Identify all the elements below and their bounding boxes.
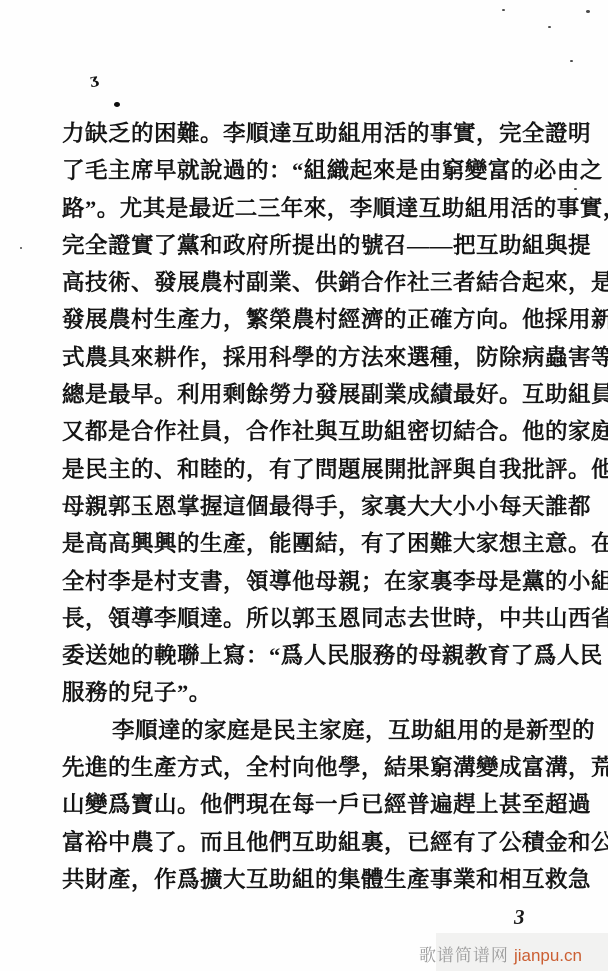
text-line-paragraph-end: 服務的兒子”。 bbox=[62, 674, 549, 711]
text-line: 路”。尤其是最近二三年來，李順達互助組用活的事實， bbox=[62, 190, 549, 227]
text-line: 力缺乏的困難。李順達互助組用活的事實，完全證明 bbox=[62, 115, 549, 152]
scanned-book-page: ʒ 力缺乏的困難。李順達互助組用活的事實，完全證明 了毛主席早就說過的：“組織起… bbox=[0, 0, 608, 971]
page-number: 3 bbox=[514, 905, 525, 930]
scan-speck bbox=[570, 60, 573, 62]
watermark: 歌谱简谱网jianpu.cn bbox=[419, 941, 582, 966]
scan-speck bbox=[574, 188, 577, 190]
text-line: 又都是合作社員，合作社與互助組密切結合。他的家庭 bbox=[62, 413, 549, 450]
text-line: 富裕中農了。而且他們互助組裏，已經有了公積金和公 bbox=[62, 824, 549, 861]
text-line: 委送她的輓聯上寫：“爲人民服務的母親教育了爲人民 bbox=[62, 637, 549, 674]
text-line: 發展農村生產力，繁榮農村經濟的正確方向。他採用新 bbox=[62, 301, 549, 338]
scan-speck bbox=[20, 247, 22, 249]
ink-dot-artifact bbox=[114, 102, 120, 107]
text-line: 了毛主席早就說過的：“組織起來是由窮變富的必由之 bbox=[62, 152, 549, 189]
text-line: 高技術、發展農村副業、供銷合作社三者結合起來，是 bbox=[62, 264, 549, 301]
text-line: 式農具來耕作，採用科學的方法來選種，防除病蟲害等 bbox=[62, 339, 549, 376]
scan-speck bbox=[586, 10, 590, 13]
text-line: 是高高興興的生產，能團結，有了困難大家想主意。在 bbox=[62, 525, 549, 562]
text-line: 山變爲寶山。他們現在每一戶已經普遍趕上甚至超過 bbox=[62, 786, 549, 823]
text-line: 是民主的、和睦的，有了問題展開批評與自我批評。他 bbox=[62, 451, 549, 488]
body-text: 力缺乏的困難。李順達互助組用活的事實，完全證明 了毛主席早就說過的：“組織起來是… bbox=[62, 115, 549, 898]
text-line: 共財產，作爲擴大互助組的集體生產事業和相互救急 bbox=[62, 861, 549, 898]
scan-speck bbox=[502, 9, 505, 11]
scan-speck bbox=[548, 26, 551, 28]
ink-blot-artifact: ʒ bbox=[89, 72, 99, 89]
watermark-site-name: 歌谱简谱网 bbox=[419, 946, 509, 965]
text-line: 全村李是村支書，領導他母親；在家裏李母是黨的小組 bbox=[62, 563, 549, 600]
text-line: 先進的生產方式，全村向他學，結果窮溝變成富溝，荒 bbox=[62, 749, 549, 786]
text-line-paragraph-start: 李順達的家庭是民主家庭，互助組用的是新型的 bbox=[62, 712, 549, 749]
text-line: 完全證實了黨和政府所提出的號召——把互助組與提 bbox=[62, 227, 549, 264]
text-line: 總是最早。利用剩餘勞力發展副業成績最好。互助組員 bbox=[62, 376, 549, 413]
text-line: 母親郭玉恩掌握這個最得手，家裏大大小小每天誰都 bbox=[62, 488, 549, 525]
watermark-site-url: jianpu.cn bbox=[514, 946, 582, 965]
text-line: 長，領導李順達。所以郭玉恩同志去世時，中共山西省 bbox=[62, 600, 549, 637]
